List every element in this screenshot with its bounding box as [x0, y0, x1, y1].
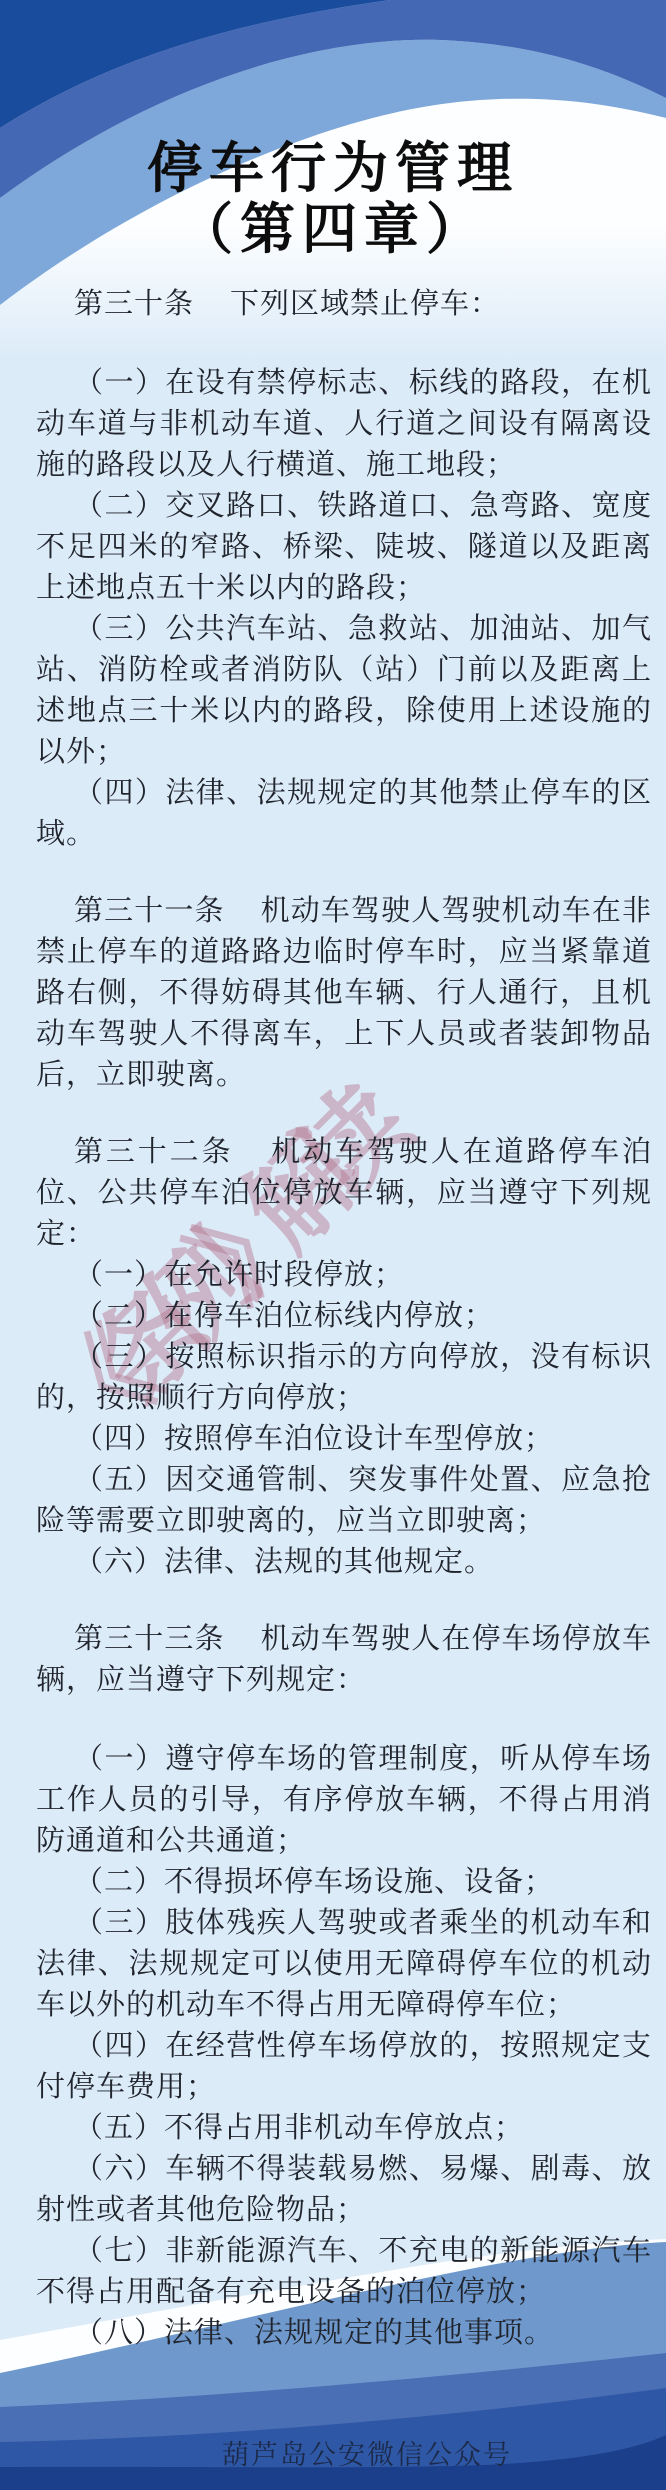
section-items: （一）在设有禁停标志、标线的路段，在机动车道与非机动车道、人行道之间设有隔离设施…: [36, 363, 652, 855]
list-item: （六）法律、法规的其他规定。: [36, 1542, 652, 1583]
list-item: （五）不得占用非机动车停放点；: [36, 2108, 652, 2149]
section-items: （一）遵守停车场的管理制度，听从停车场工作人员的引导，有序停放车辆，不得占用消防…: [36, 1739, 652, 2354]
section-heading: 第三十三条: [74, 1623, 225, 1655]
list-item: （二）不得损坏停车场设施、设备；: [36, 1862, 652, 1903]
section-intro-paragraph: 第三十二条机动车驾驶人在道路停车泊位、公共停车泊位停放车辆，应当遵守下列规定：: [36, 1132, 652, 1255]
list-item: （一）遵守停车场的管理制度，听从停车场工作人员的引导，有序停放车辆，不得占用消防…: [36, 1739, 652, 1862]
list-item: （三）肢体残疾人驾驶或者乘坐的机动车和法律、法规规定可以使用无障碍停车位的机动车…: [36, 1903, 652, 2026]
section-items: （一）在允许时段停放； （二）在停车泊位标线内停放； （三）按照标识指示的方向停…: [36, 1255, 652, 1583]
section-article-33: 第三十三条机动车驾驶人在停车场停放车辆，应当遵守下列规定： （一）遵守停车场的管…: [36, 1619, 652, 2354]
list-item: （二）交叉路口、铁路道口、急弯路、宽度不足四米的窄路、桥梁、陡坡、隧道以及距离上…: [36, 486, 652, 609]
list-item: （七）非新能源汽车、不充电的新能源汽车不得占用配备有充电设备的泊位停放；: [36, 2231, 652, 2313]
list-item: （一）在允许时段停放；: [36, 1255, 652, 1296]
list-item: （三）公共汽车站、急救站、加油站、加气站、消防栓或者消防队（站）门前以及距离上述…: [36, 609, 652, 773]
section-intro-paragraph: 第三十条下列区域禁止停车：: [36, 284, 652, 325]
list-item: （五）因交通管制、突发事件处置、应急抢险等需要立即驶离的，应当立即驶离；: [36, 1460, 652, 1542]
section-heading: 第三十条: [74, 288, 194, 320]
list-item: （一）在设有禁停标志、标线的路段，在机动车道与非机动车道、人行道之间设有隔离设施…: [36, 363, 652, 486]
list-item: （六）车辆不得装载易燃、易爆、剧毒、放射性或者其他危险物品；: [36, 2149, 652, 2231]
footer-credit: 葫芦岛公安微信公众号: [0, 2433, 512, 2472]
list-item: （四）法律、法规规定的其他禁止停车的区域。: [36, 773, 652, 855]
section-article-32: 第三十二条机动车驾驶人在道路停车泊位、公共停车泊位停放车辆，应当遵守下列规定： …: [36, 1132, 652, 1583]
section-intro-paragraph: 第三十一条机动车驾驶人驾驶机动车在非禁止停车的道路路边临时停车时，应当紧靠道路右…: [36, 891, 652, 1096]
article-body: 第三十条下列区域禁止停车： （一）在设有禁停标志、标线的路段，在机动车道与非机动…: [0, 0, 666, 2354]
section-intro: 下列区域禁止停车：: [230, 288, 500, 320]
poster-page: { "title": { "line1": "停车行为管理", "line2":…: [0, 0, 666, 2490]
list-item: （四）按照停车泊位设计车型停放；: [36, 1419, 652, 1460]
section-article-30: 第三十条下列区域禁止停车： （一）在设有禁停标志、标线的路段，在机动车道与非机动…: [36, 284, 652, 855]
section-heading: 第三十一条: [74, 895, 225, 927]
list-item: （四）在经营性停车场停放的，按照规定支付停车费用；: [36, 2026, 652, 2108]
section-intro-paragraph: 第三十三条机动车驾驶人在停车场停放车辆，应当遵守下列规定：: [36, 1619, 652, 1701]
list-item: （二）在停车泊位标线内停放；: [36, 1296, 652, 1337]
section-heading: 第三十二条: [74, 1136, 233, 1168]
list-item: （三）按照标识指示的方向停放，没有标识的，按照顺行方向停放；: [36, 1337, 652, 1419]
section-article-31: 第三十一条机动车驾驶人驾驶机动车在非禁止停车的道路路边临时停车时，应当紧靠道路右…: [36, 891, 652, 1096]
list-item: （八）法律、法规规定的其他事项。: [36, 2313, 652, 2354]
